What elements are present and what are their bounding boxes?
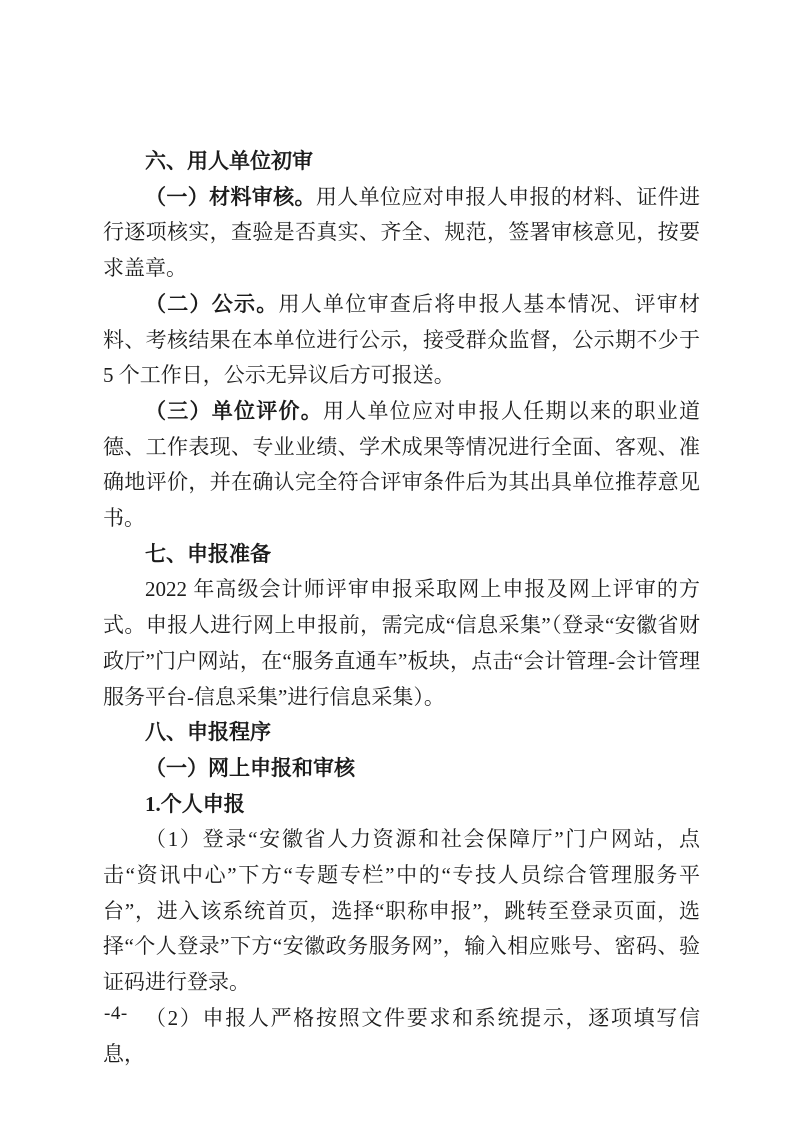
paragraph-step-1: （1）登录“安徽省人力资源和社会保障厅”门户网站，点击“资讯中心”下方“专题专栏… — [103, 822, 700, 1001]
subsection-heading-text: 1.个人申报 — [145, 792, 245, 816]
subsection-heading-text: （一）网上申报和审核 — [145, 756, 355, 780]
subsection-heading-personal-declaration: 1.个人申报 — [103, 787, 700, 823]
section-heading-6: 六、用人单位初审 — [103, 144, 700, 180]
paragraph-text: （1）登录“安徽省人力资源和社会保障厅”门户网站，点击“资讯中心”下方“专题专栏… — [103, 827, 700, 994]
section-heading-8-text: 八、申报程序 — [145, 721, 271, 744]
paragraph-text: 2022 年高级会计师评审申报采取网上申报及网上评审的方式。申报人进行网上申报前… — [103, 577, 700, 708]
paragraph-public-notice: （二）公示。用人单位审查后将申报人基本情况、评审材料、考核结果在本单位进行公示，… — [103, 287, 700, 394]
section-heading-7-text: 七、申报准备 — [145, 543, 271, 566]
document-content: 六、用人单位初审 （一）材料审核。用人单位应对申报人申报的材料、证件进行逐项核实… — [103, 144, 700, 1072]
paragraph-declaration-prep: 2022 年高级会计师评审申报采取网上申报及网上评审的方式。申报人进行网上申报前… — [103, 572, 700, 715]
paragraph-lead: （三）单位评价。 — [145, 399, 323, 423]
paragraph-text: （2）申报人严格按照文件要求和系统提示，逐项填写信息， — [103, 1006, 700, 1066]
paragraph-material-review: （一）材料审核。用人单位应对申报人申报的材料、证件进行逐项核实，查验是否真实、齐… — [103, 180, 700, 287]
paragraph-lead: （二）公示。 — [145, 292, 279, 316]
document-page: 六、用人单位初审 （一）材料审核。用人单位应对申报人申报的材料、证件进行逐项核实… — [0, 0, 793, 1122]
paragraph-lead: （一）材料审核。 — [145, 185, 316, 209]
paragraph-step-2: （2）申报人严格按照文件要求和系统提示，逐项填写信息， — [103, 1001, 700, 1072]
section-heading-8: 八、申报程序 — [103, 715, 700, 751]
section-heading-6-text: 六、用人单位初审 — [145, 150, 313, 173]
section-heading-7: 七、申报准备 — [103, 537, 700, 573]
paragraph-unit-evaluation: （三）单位评价。用人单位应对申报人任期以来的职业道德、工作表现、专业业绩、学术成… — [103, 394, 700, 537]
subsection-heading-online-declaration: （一）网上申报和审核 — [103, 751, 700, 787]
page-number: -4- — [104, 1001, 128, 1027]
